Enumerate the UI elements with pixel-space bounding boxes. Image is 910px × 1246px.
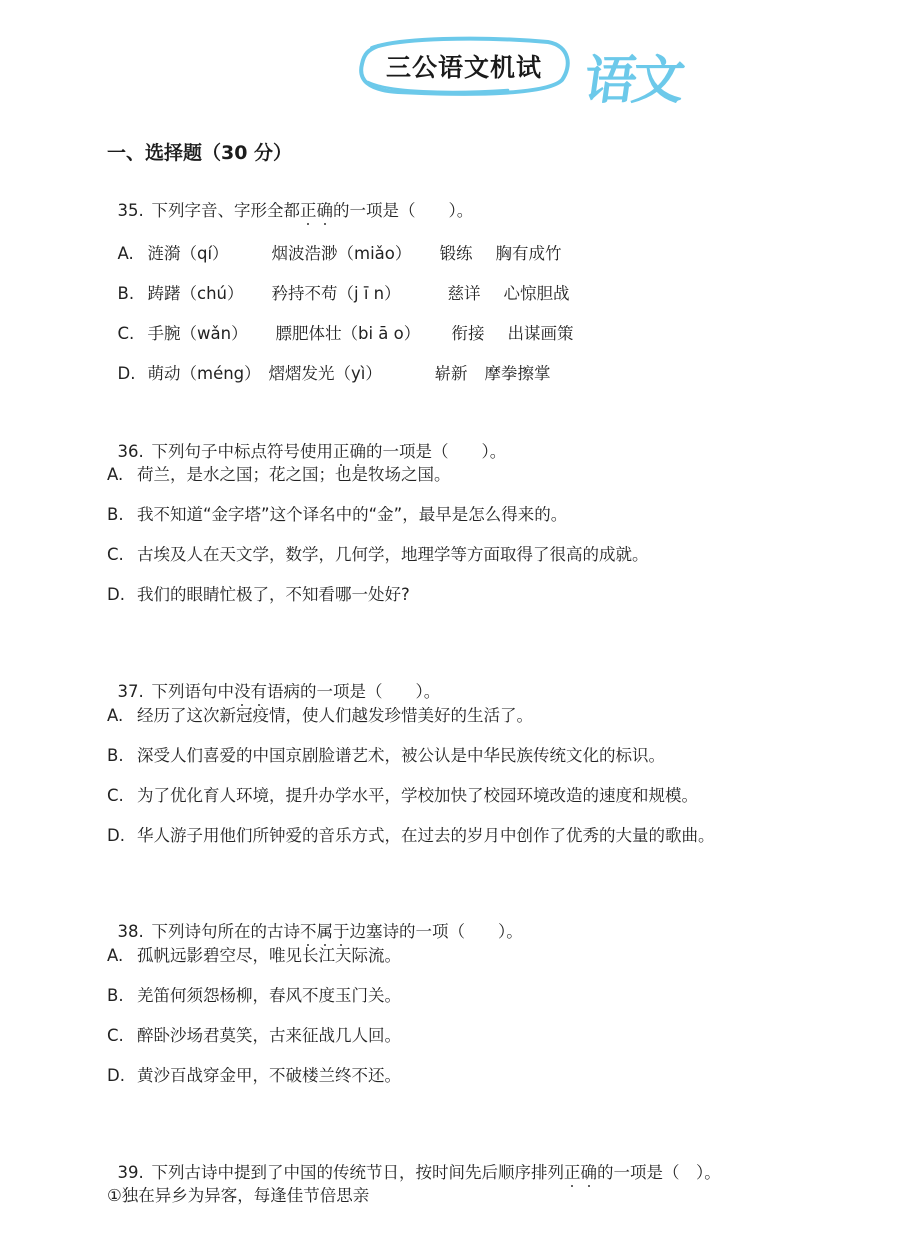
emphasis-char: 有 [251,682,268,701]
emphasis-char: 正 [300,201,317,220]
option-35-c: C.手腕（wǎn）膘肥体壮（bi ā o）衔接出谋画策 [107,301,574,344]
emphasis-char: 正 [564,1163,581,1182]
option-37-c: C.为了优化育人环境，提升办学水平，学校加快了校园环境改造的速度和规模。 [107,782,698,806]
option-37-a: A.经历了这次新冠疫情，使人们越发珍惜美好的生活了。 [107,702,533,726]
emphasis-char: 确 [581,1163,598,1182]
option-38-b: B.羌笛何须怨杨柳，春风不度玉门关。 [107,982,401,1006]
option-38-a: A.孤帆远影碧空尽，唯见长江天际流。 [107,942,401,966]
option-38-c: C.醉卧沙场君莫笑，古来征战几人回。 [107,1022,401,1046]
question-36-stem: 36.下列句子中标点符号使用正确的一项是（ ）。 [107,419,506,462]
option-37-d: D.华人游子用他们所钟爱的音乐方式，在过去的岁月中创作了优秀的大量的歌曲。 [107,822,715,846]
document-title-box: 三公语文机试 [358,36,570,96]
emphasis-char: 确 [317,201,334,220]
option-36-b: B.我不知道“金字塔”这个译名中的“金”，最早是怎么得来的。 [107,501,567,525]
question-38-stem: 38.下列诗句所在的古诗不属于边塞诗的一项（ ）。 [107,899,523,942]
section-title: 一、选择题（30 分） [107,138,292,165]
option-36-c: C.古埃及人在天文学，数学，几何学，地理学等方面取得了很高的成就。 [107,541,649,565]
emphasis-char: 正 [333,442,350,461]
question-37-stem: 37.下列语句中没有语病的一项是（ ）。 [107,659,440,702]
question-number: 39. [118,1163,152,1182]
option-35-d: D.萌动（méng）熠熠发光（yì）崭新摩拳擦掌 [107,341,551,384]
emphasis-char: 确 [350,442,367,461]
option-38-d: D.黄沙百战穿金甲，不破楼兰终不还。 [107,1062,401,1086]
question-number: 36. [118,442,152,461]
emphasis-char: 不 [300,922,317,941]
question-number: 38. [118,922,152,941]
question-number: 35. [118,201,152,220]
emphasis-char: 属 [317,922,334,941]
option-35-b: B.踌躇（chú）矜持不苟（j ī n）慈详心惊胆战 [107,261,570,304]
option-36-a: A.荷兰，是水之国；花之国；也是牧场之国。 [107,461,451,485]
question-35-stem: 35.下列字音、字形全都正确的一项是（ ）。 [107,178,473,221]
question-39-stem: 39.下列古诗中提到了中国的传统节日，按时间先后顺序排列正确的一项是（ ）。 [107,1140,721,1183]
document-title: 三公语文机试 [358,36,570,96]
option-35-a: A.涟漪（qí）烟波浩渺（miǎo）锻练胸有成竹 [107,221,562,264]
question-39-item-1: ①独在异乡为异客，每逢佳节倍思亲 [107,1182,369,1206]
emphasis-char: 于 [333,922,350,941]
option-37-b: B.深受人们喜爱的中国京剧脸谱艺术，被公认是中华民族传统文化的标识。 [107,742,665,766]
question-number: 37. [118,682,152,701]
option-36-d: D.我们的眼睛忙极了，不知看哪一处好? [107,581,410,605]
handwritten-note: 语文 [580,38,687,113]
emphasis-char: 没 [234,682,251,701]
